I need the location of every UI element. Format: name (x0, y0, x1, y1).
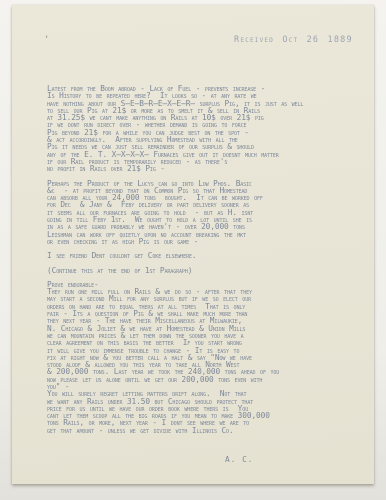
pen-mark: ' (44, 35, 49, 45)
letter-paragraph-4: (Continue this at the end of 1st Paragra… (47, 267, 362, 274)
letter-paragraph-5: Prove endurable- They run one mill full … (47, 281, 362, 434)
letter-paragraph-1: Latest from the Boom abroad - Lack of Fu… (47, 85, 362, 173)
letter-paper: ' Received Oct 26 1889 Latest from the B… (12, 5, 374, 484)
letter-body: Latest from the Boom abroad - Lack of Fu… (47, 85, 362, 463)
page-background: ' Received Oct 26 1889 Latest from the B… (0, 0, 386, 500)
letter-paragraph-2: Perhaps the Product of the Lucys can go … (47, 180, 362, 246)
received-stamp: Received Oct 26 1889 (234, 36, 353, 45)
signature: A. C. (47, 456, 362, 463)
letter-paragraph-3: I see friend Dent couldnt get Coke elsew… (47, 252, 362, 259)
